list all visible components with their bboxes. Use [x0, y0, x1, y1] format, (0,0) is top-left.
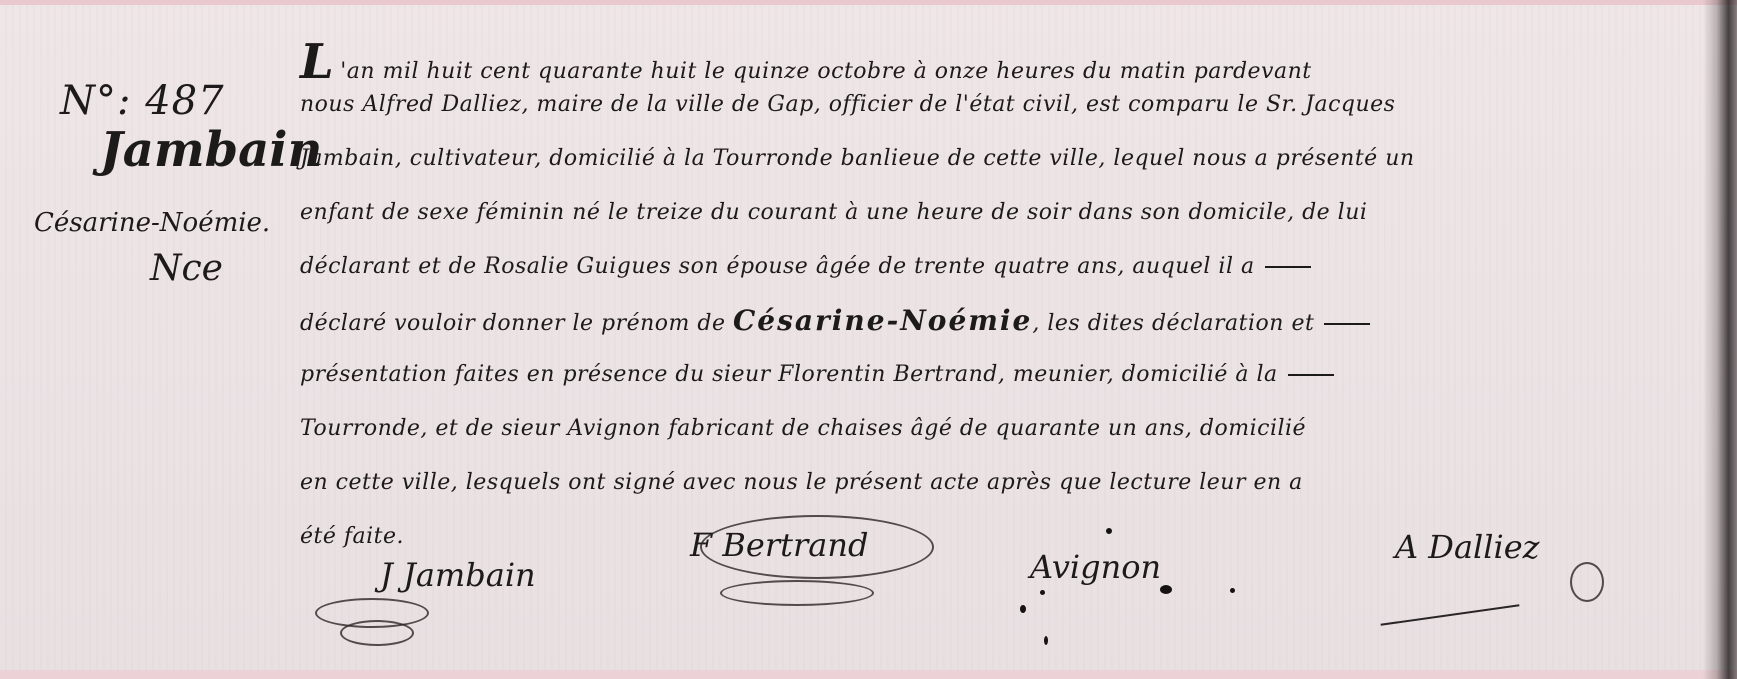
- act-line-text: présentation faites en présence du sieur…: [300, 362, 1278, 387]
- register-page: N°: 487 Jambain Césarine-Noémie. Nce L'a…: [0, 0, 1737, 679]
- signature-flourish-icon: [700, 515, 934, 579]
- signature-paraph-icon: [1570, 562, 1604, 602]
- line-filler-dash: [1265, 266, 1311, 268]
- signature-dalliez: A Dalliez: [1395, 528, 1540, 566]
- act-line-3: Jambain, cultivateur, domicilié à la Tou…: [300, 146, 1415, 171]
- act-line-text: été faite.: [300, 524, 404, 549]
- scan-border-bottom: [0, 670, 1737, 679]
- ink-blot-icon: [1106, 528, 1112, 534]
- signature-flourish-icon: [340, 620, 414, 646]
- signature-avignon: Avignon: [1030, 548, 1161, 586]
- act-line-9: en cette ville, lesquels ont signé avec …: [300, 470, 1303, 495]
- child-name-emphasis: Césarine-Noémie: [733, 304, 1032, 337]
- birth-mark: Nce: [150, 248, 223, 289]
- ink-blot-icon: [1230, 588, 1235, 593]
- act-line-4: enfant de sexe féminin né le treize du c…: [300, 200, 1367, 225]
- register-binding-edge: [1703, 0, 1737, 679]
- child-surname: Jambain: [100, 122, 322, 178]
- ink-blot-icon: [1044, 636, 1048, 645]
- act-line-text: déclarant et de Rosalie Guigues son épou…: [300, 254, 1255, 279]
- child-given-names: Césarine-Noémie.: [34, 208, 270, 238]
- signature-jambain: J Jambain: [380, 556, 536, 594]
- act-line-8: Tourronde, et de sieur Avignon fabricant…: [300, 416, 1306, 441]
- act-line-text: , les dites déclaration et: [1032, 311, 1314, 336]
- scan-border-top: [0, 0, 1737, 5]
- act-line-text: enfant de sexe féminin né le treize du c…: [300, 200, 1367, 225]
- act-line-10: été faite.: [300, 524, 404, 549]
- act-line-text: nous Alfred Dalliez, maire de la ville d…: [300, 92, 1395, 117]
- act-line-text: déclaré vouloir donner le prénom de: [300, 311, 733, 336]
- line-filler-dash: [1288, 374, 1334, 376]
- signature-underline: [1381, 604, 1520, 625]
- line-filler-dash: [1324, 323, 1370, 325]
- act-number: N°: 487: [60, 78, 225, 124]
- act-line-text: en cette ville, lesquels ont signé avec …: [300, 470, 1303, 495]
- signature-flourish-icon: [720, 580, 874, 606]
- act-line-text: Jambain, cultivateur, domicilié à la Tou…: [300, 146, 1415, 171]
- ink-blot-icon: [1020, 605, 1026, 613]
- ink-blot-icon: [1040, 590, 1045, 595]
- act-line-text: Tourronde, et de sieur Avignon fabricant…: [300, 416, 1306, 441]
- act-line-text: 'an mil huit cent quarante huit le quinz…: [340, 59, 1311, 84]
- act-line-7: présentation faites en présence du sieur…: [300, 362, 1334, 387]
- ink-blot-icon: [1160, 585, 1172, 594]
- act-line-1: L'an mil huit cent quarante huit le quin…: [300, 34, 1312, 90]
- act-line-6: déclaré vouloir donner le prénom de Césa…: [300, 304, 1370, 337]
- act-line-2: nous Alfred Dalliez, maire de la ville d…: [300, 92, 1395, 117]
- drop-cap: L: [300, 34, 334, 90]
- act-line-5: déclarant et de Rosalie Guigues son épou…: [300, 254, 1311, 279]
